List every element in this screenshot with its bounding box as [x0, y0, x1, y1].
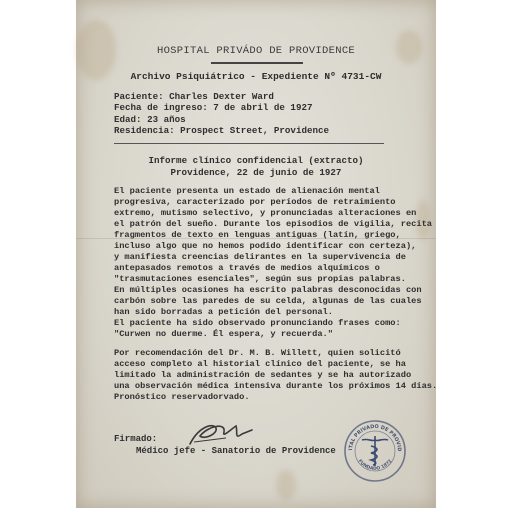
- report-line: Pronóstico reservadorvado.: [114, 392, 437, 403]
- stain: [276, 470, 296, 500]
- report-line: extremo, mutismo selectivo, y pronunciad…: [114, 208, 432, 219]
- report-paragraph-2: Por recomendación del Dr. M. B. Willett,…: [114, 348, 437, 403]
- report-line: antepasados remotos a través de medios a…: [114, 263, 432, 274]
- signature-scribble: [186, 418, 256, 448]
- patient-age: Edad: 23 años: [114, 114, 329, 125]
- report-line: El paciente ha sido observado pronuncian…: [114, 318, 432, 329]
- report-line: limitado la administración de sedantes y…: [114, 370, 437, 381]
- file-subtitle: Archivo Psiquiátrico - Expediente Nº 473…: [76, 71, 436, 82]
- report-place-date: Providence, 22 de junio de 1927: [76, 167, 436, 179]
- report-paragraph-1: El paciente presenta un estado de aliena…: [114, 186, 432, 340]
- signer-title: Médico jefe - Sanatorio de Providence: [136, 446, 336, 456]
- document-paper: HOSPITAL PRIVÁDO DE PROVIDENCE Archivo P…: [76, 0, 436, 508]
- report-line: y manifiesta creencias delirantes en la …: [114, 252, 432, 263]
- report-line: fragmentos de texto en lenguas antiguas …: [114, 230, 432, 241]
- report-line: incluso algo que no hemos podido identif…: [114, 241, 432, 252]
- signed-label: Firmado:: [114, 434, 157, 444]
- report-line: acceso completo al historial clínico del…: [114, 359, 437, 370]
- report-line: el patrón del sueño. Durante los episodi…: [114, 219, 432, 230]
- patient-name: Paciente: Charles Dexter Ward: [114, 91, 329, 102]
- report-line: una observación médica intensiva durante…: [114, 381, 437, 392]
- report-line: progresiva, caracterizado por períodos d…: [114, 197, 432, 208]
- report-line: carbón sobre las paredes de su celda, al…: [114, 296, 432, 307]
- report-line: El paciente presenta un estado de aliena…: [114, 186, 432, 197]
- report-line: "Curwen no duerme. Él espera, y recuerda…: [114, 329, 432, 340]
- report-line: Por recomendación del Dr. M. B. Willett,…: [114, 348, 437, 359]
- report-header: Informe clínico confidencial (extracto) …: [76, 155, 436, 178]
- hospital-title: HOSPITAL PRIVÁDO DE PROVIDENCE: [76, 45, 436, 57]
- title-underline: [211, 62, 303, 64]
- report-line: "trasmutaciones esenciales", según sus p…: [114, 274, 432, 285]
- report-line: En múltiples ocasiones ha escrito palabr…: [114, 285, 432, 296]
- admission-date: Fecha de ingreso: 7 de abril de 1927: [114, 102, 329, 113]
- patient-info: Paciente: Charles Dexter Ward Fecha de i…: [114, 91, 329, 136]
- patient-residence: Residencia: Prospect Street, Providence: [114, 125, 329, 136]
- hospital-stamp: HOSPITAL PRIVADO DE PROVIDENCE FUNDADO 1…: [342, 418, 408, 484]
- caduceus-icon: [362, 436, 388, 466]
- report-line: han sido borradas a petición del persona…: [114, 307, 432, 318]
- report-heading: Informe clínico confidencial (extracto): [76, 155, 436, 167]
- section-divider: [114, 143, 384, 144]
